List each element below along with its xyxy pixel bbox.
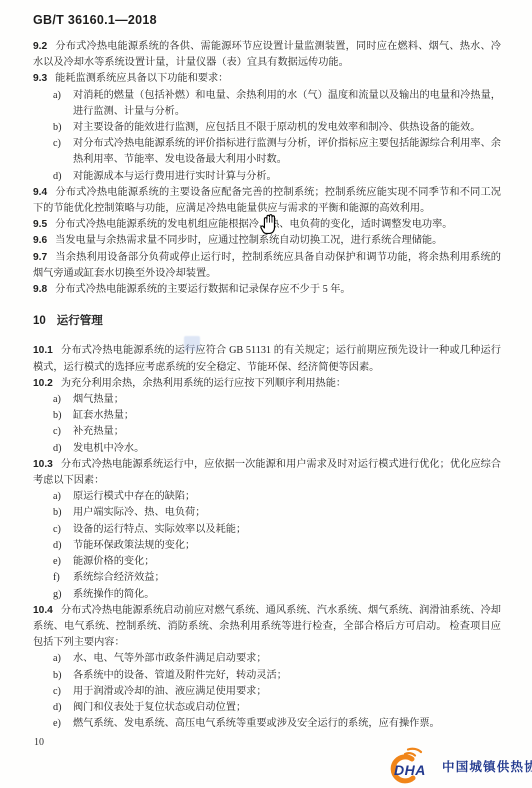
paragraph-text: 分布式冷热电能源系统的各供、需能源环节应设置计量监测装置，同时应在燃料、烟气、热… — [33, 41, 501, 68]
cdha-logo-mark-icon: DHA — [381, 746, 437, 786]
clause-number: 10.4 — [33, 605, 53, 616]
clause-number: 9.3 — [33, 73, 47, 84]
paragraph-text: 水、电、气等外部市政条件满足启动要求； — [73, 653, 267, 664]
list-item: d)阀门和仪表处于复位状态或启动位置； — [33, 700, 501, 716]
paragraph-text: 各系统中的设备、管道及附件完好，转动灵活； — [73, 670, 287, 681]
clause-paragraph: 10.3分布式冷热电能源系统运行中，应依据一次能源和用户需求及时对运行模式进行优… — [33, 457, 501, 489]
list-marker: c) — [53, 424, 73, 440]
clause-paragraph: 10.4分布式冷热电能源系统启动前应对燃气系统、通风系统、汽水系统、烟气系统、润… — [33, 603, 501, 652]
paragraph-text: 对能源成本与运行费用进行实时计算与分析。 — [73, 171, 277, 182]
paragraph-text: 能耗监测系统应具备以下功能和要求： — [55, 73, 228, 84]
list-marker: g) — [53, 587, 73, 603]
paragraph-text: 能源价格的变化； — [73, 556, 155, 567]
paragraph-text: 分布式冷热电能源系统的运行应符合 GB 51131 的有关规定；运行前期应预先设… — [33, 345, 501, 372]
list-marker: c) — [53, 136, 73, 152]
clause-paragraph: 9.6当发电量与余热需求量不同步时，应通过控制系统自动切换工况，进行系统合理储能… — [33, 233, 501, 249]
list-marker: c) — [53, 522, 73, 538]
paragraph-text: 原运行模式中存在的缺陷； — [73, 491, 195, 502]
clause-paragraph: 9.2分布式冷热电能源系统的各供、需能源环节应设置计量监测装置，同时应在燃料、烟… — [33, 39, 501, 71]
list-marker: c) — [53, 684, 73, 700]
list-marker: d) — [53, 441, 73, 457]
list-marker: a) — [53, 489, 73, 505]
list-item: a)烟气热量； — [33, 392, 501, 408]
list-marker: b) — [53, 505, 73, 521]
paragraph-text: 当发电量与余热需求量不同步时，应通过控制系统自动切换工况，进行系统合理储能。 — [55, 235, 442, 246]
association-name: 中国城镇供热协会 — [442, 757, 532, 775]
clause-number: 9.5 — [33, 219, 47, 230]
paragraph-text: 用户端实际冷、热、电负荷； — [73, 507, 205, 518]
list-marker: e) — [53, 716, 73, 732]
standard-number-header: GB/T 36160.1—2018 — [33, 13, 157, 27]
cdha-logo: DHA 中国城镇供热协会 — [381, 746, 532, 786]
list-marker: d) — [53, 538, 73, 554]
paragraph-text: 运行管理 — [57, 315, 103, 327]
list-marker: f) — [53, 570, 73, 586]
list-marker: d) — [53, 169, 73, 185]
list-marker: a) — [53, 651, 73, 667]
paragraph-text: 用于润滑或冷却的油、液应满足使用要求； — [73, 686, 267, 697]
list-item: b)各系统中的设备、管道及附件完好，转动灵活； — [33, 668, 501, 684]
paragraph-text: 分布式冷热电能源系统的主要运行数据和记录保存应不少于 5 年。 — [55, 284, 350, 295]
page-number: 10 — [34, 737, 44, 748]
paragraph-text: 补充热量； — [73, 426, 124, 437]
paragraph-text: 当余热利用设备部分负荷或停止运行时，控制系统应具备自动保护和调节功能，将余热利用… — [33, 252, 501, 279]
paragraph-text: 燃气系统、发电系统、高压电气系统等重要或涉及安全运行的系统，应有操作票。 — [73, 718, 440, 729]
list-item: c)对分布式冷热电能源系统的评价指标进行监测与分析，评价指标应主要包括能源综合利… — [33, 136, 501, 168]
paragraph-text: 分布式冷热电能源系统启动前应对燃气系统、通风系统、汽水系统、烟气系统、润滑油系统… — [33, 605, 501, 648]
paragraph-text: 节能环保政策法规的变化； — [73, 540, 195, 551]
list-item: d)发电机中冷水。 — [33, 441, 501, 457]
list-item: e)能源价格的变化； — [33, 554, 501, 570]
list-item: a)对消耗的燃量（包括补燃）和电量、余热利用的水（气）温度和流量以及输出的电量和… — [33, 88, 501, 120]
scan-artifact — [184, 336, 200, 351]
list-marker: e) — [53, 554, 73, 570]
section-number: 10 — [33, 315, 46, 327]
list-item: c)用于润滑或冷却的油、液应满足使用要求； — [33, 684, 501, 700]
clause-paragraph: 9.7当余热利用设备部分负荷或停止运行时，控制系统应具备自动保护和调节功能，将余… — [33, 250, 501, 282]
clause-paragraph: 9.8分布式冷热电能源系统的主要运行数据和记录保存应不少于 5 年。 — [33, 282, 501, 298]
clause-paragraph: 9.3能耗监测系统应具备以下功能和要求： — [33, 71, 501, 87]
document-body: 9.2分布式冷热电能源系统的各供、需能源环节应设置计量监测装置，同时应在燃料、烟… — [33, 39, 501, 732]
clause-number: 9.2 — [33, 41, 47, 52]
paragraph-text: 发电机中冷水。 — [73, 443, 144, 454]
hand-grab-cursor-icon — [259, 212, 282, 235]
list-item: g)系统操作的简化。 — [33, 587, 501, 603]
list-item: a)原运行模式中存在的缺陷； — [33, 489, 501, 505]
list-item: c)设备的运行特点、实际效率以及耗能； — [33, 522, 501, 538]
clause-paragraph: 10.1分布式冷热电能源系统的运行应符合 GB 51131 的有关规定；运行前期… — [33, 343, 501, 375]
list-marker: b) — [53, 120, 73, 136]
logo-letters: DHA — [394, 762, 426, 778]
paragraph-text: 系统操作的简化。 — [73, 589, 155, 600]
list-marker: d) — [53, 700, 73, 716]
paragraph-text: 对主要设备的能效进行监测，应包括且不限于原动机的发电效率和制冷、供热设备的能效。 — [73, 122, 481, 133]
list-marker: b) — [53, 408, 73, 424]
paragraph-text: 系统综合经济效益； — [73, 572, 165, 583]
list-marker: b) — [53, 668, 73, 684]
list-item: b)用户端实际冷、热、电负荷； — [33, 505, 501, 521]
paragraph-text: 设备的运行特点、实际效率以及耗能； — [73, 524, 246, 535]
clause-number: 10.3 — [33, 459, 53, 470]
clause-number: 9.6 — [33, 235, 47, 246]
list-item: f)系统综合经济效益； — [33, 570, 501, 586]
list-marker: a) — [53, 392, 73, 408]
list-item: d)对能源成本与运行费用进行实时计算与分析。 — [33, 169, 501, 185]
clause-paragraph: 10.2为充分利用余热，余热利用系统的运行应按下列顺序利用热能： — [33, 376, 501, 392]
list-item: b)缸套水热量； — [33, 408, 501, 424]
paragraph-text: 烟气热量； — [73, 394, 124, 405]
document-page: GB/T 36160.1—2018 9.2分布式冷热电能源系统的各供、需能源环节… — [0, 0, 532, 788]
paragraph-text: 为充分利用余热，余热利用系统的运行应按下列顺序利用热能： — [61, 378, 346, 389]
clause-number: 10.1 — [33, 345, 53, 356]
list-item: e)燃气系统、发电系统、高压电气系统等重要或涉及安全运行的系统，应有操作票。 — [33, 716, 501, 732]
paragraph-text: 阀门和仪表处于复位状态或启动位置； — [73, 702, 246, 713]
list-item: d)节能环保政策法规的变化； — [33, 538, 501, 554]
list-marker: a) — [53, 88, 73, 104]
paragraph-text: 对分布式冷热电能源系统的评价指标进行监测与分析，评价指标应主要包括能源综合利用率… — [73, 138, 501, 165]
list-item: b)对主要设备的能效进行监测，应包括且不限于原动机的发电效率和制冷、供热设备的能… — [33, 120, 501, 136]
section-heading: 10运行管理 — [33, 313, 501, 330]
paragraph-text: 对消耗的燃量（包括补燃）和电量、余热利用的水（气）温度和流量以及输出的电量和冷热… — [73, 90, 501, 117]
paragraph-text: 缸套水热量； — [73, 410, 134, 421]
list-item: c)补充热量； — [33, 424, 501, 440]
paragraph-text: 分布式冷热电能源系统运行中，应依据一次能源和用户需求及时对运行模式进行优化；优化… — [33, 459, 501, 486]
paragraph-text: 分布式冷热电能源系统的发电机组应能根据冷、热、电负荷的变化，适时调整发电功率。 — [55, 219, 452, 230]
paragraph-text: 分布式冷热电能源系统的主要设备应配备完善的控制系统；控制系统应能实现不同季节和不… — [33, 187, 501, 214]
clause-number: 9.4 — [33, 187, 47, 198]
list-item: a)水、电、气等外部市政条件满足启动要求； — [33, 651, 501, 667]
clause-number: 10.2 — [33, 378, 53, 389]
clause-number: 9.7 — [33, 252, 47, 263]
clause-number: 9.8 — [33, 284, 47, 295]
